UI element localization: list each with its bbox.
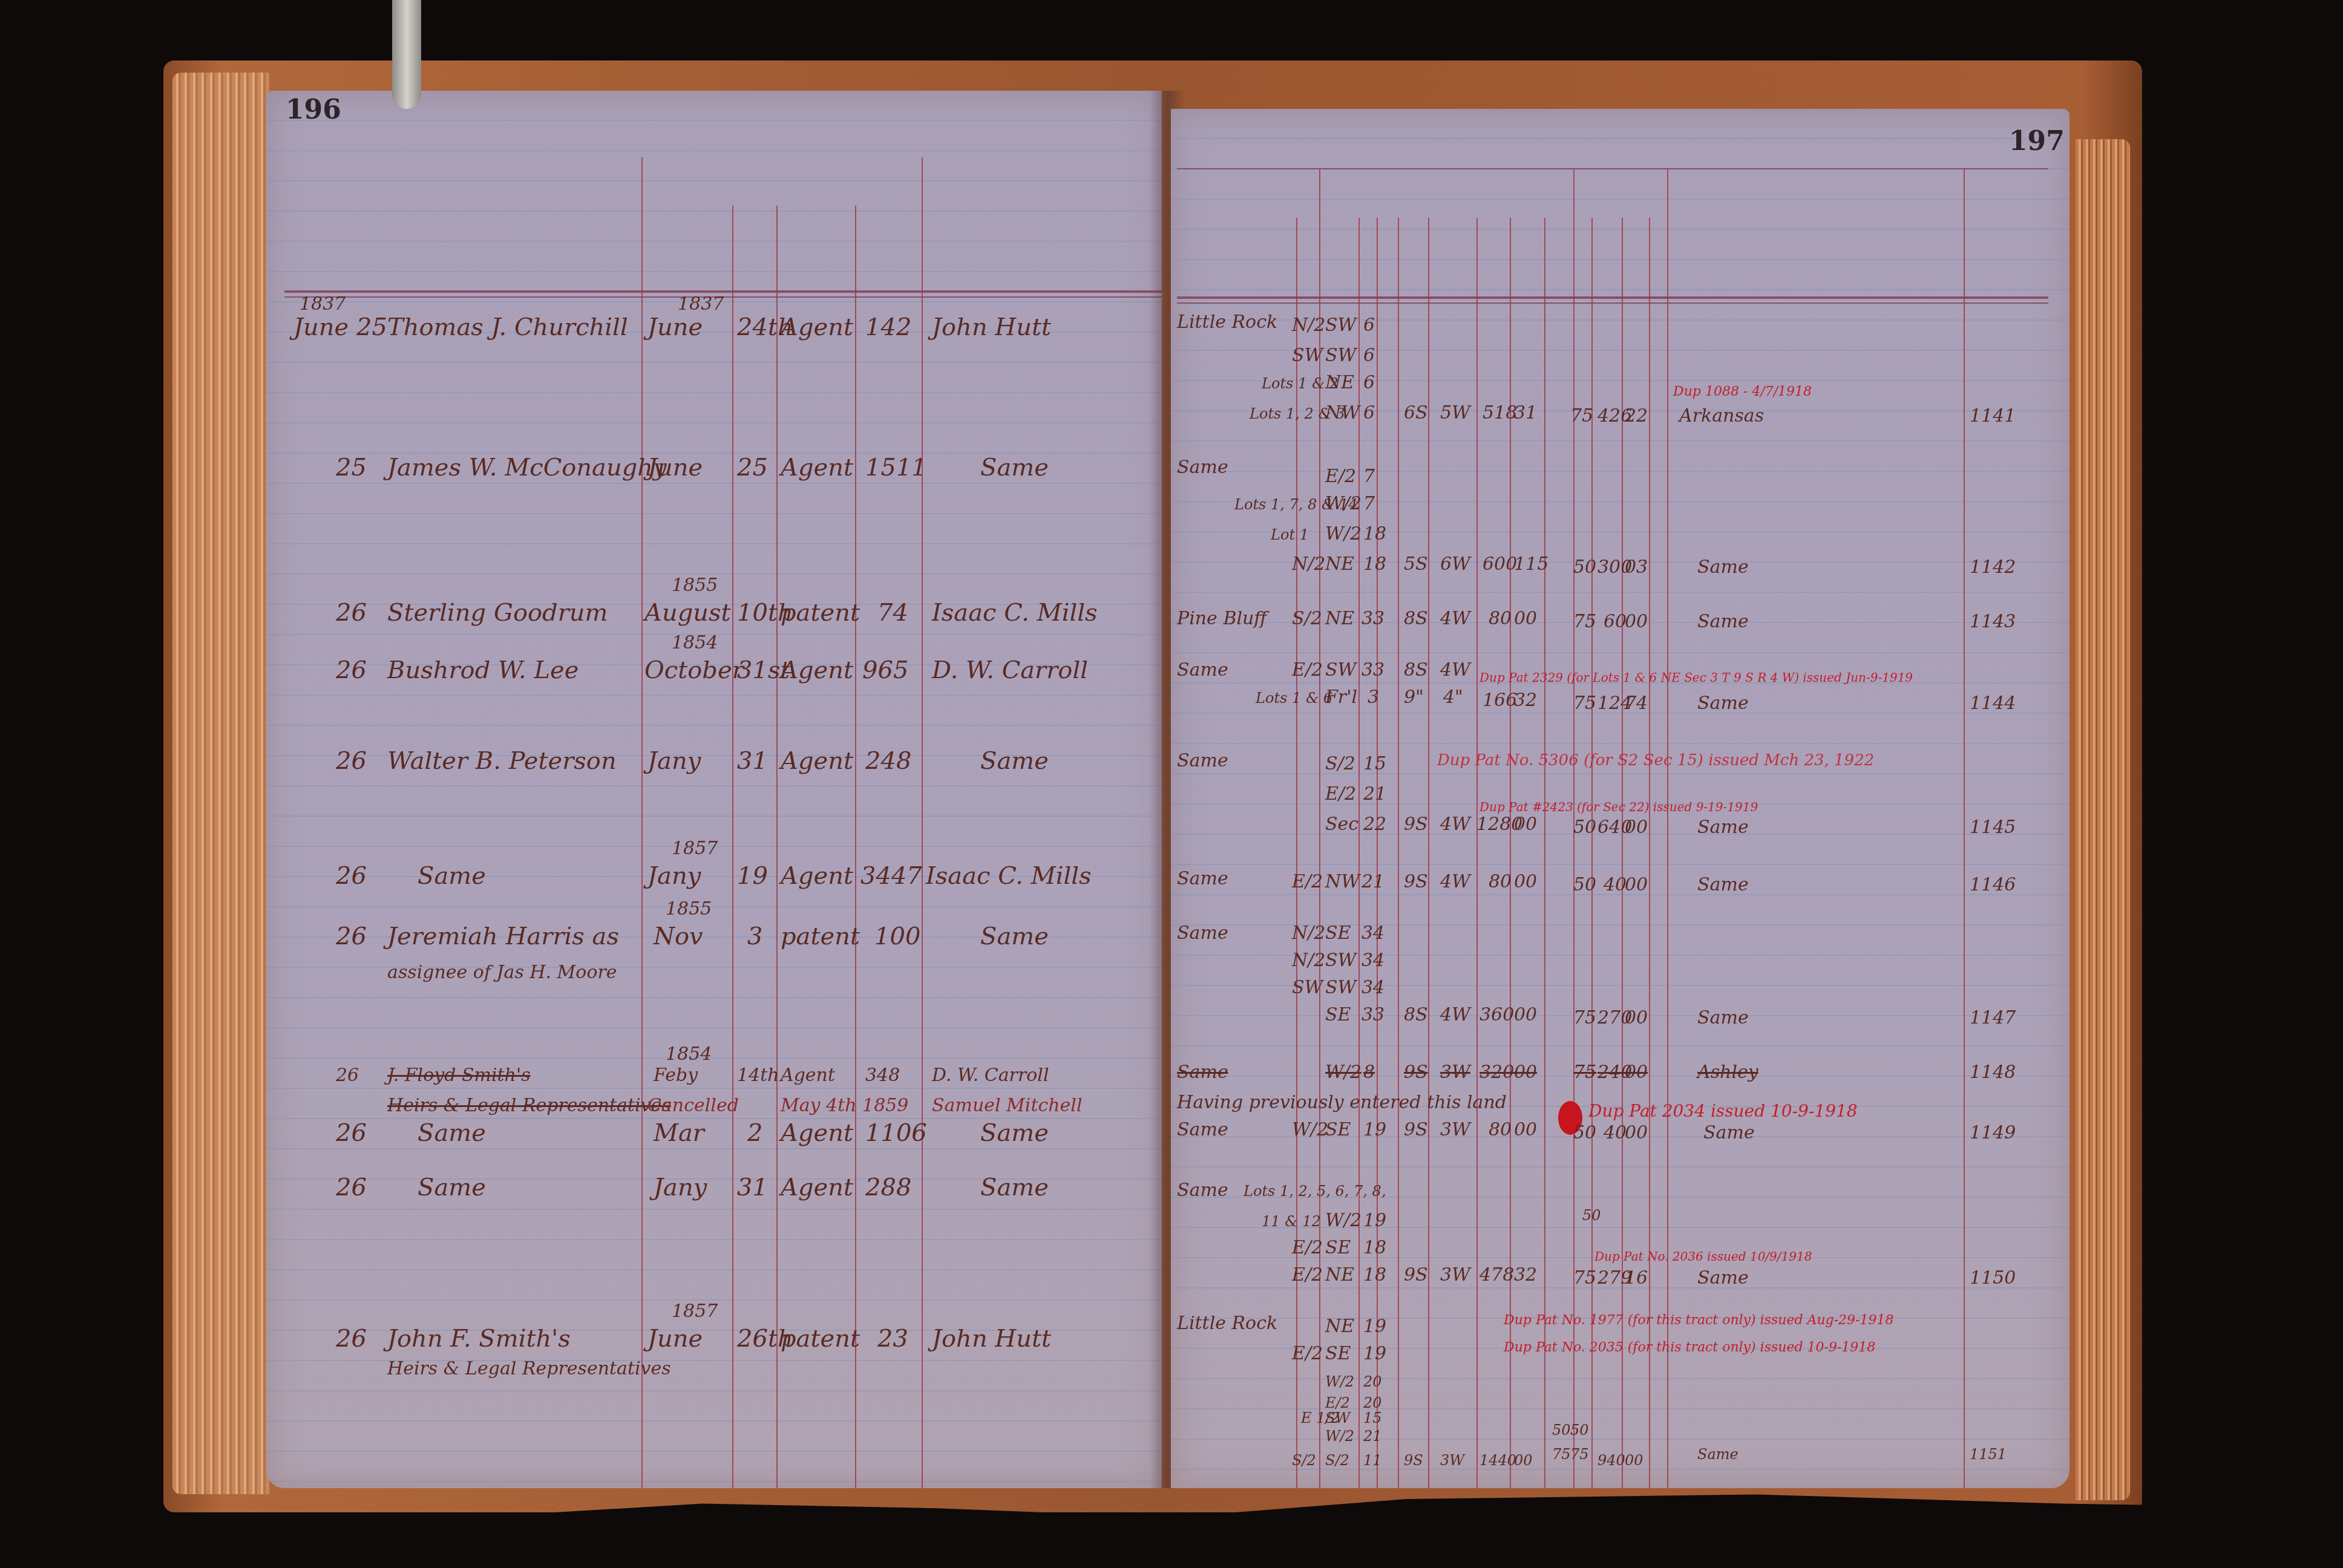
column-divider	[922, 157, 923, 1488]
tract-quarter: NE	[1325, 1316, 1354, 1337]
land-office: Same	[1177, 457, 1228, 478]
officer-name: Same	[980, 923, 1049, 950]
tract-section: 33	[1362, 659, 1384, 681]
officer-name: Same	[980, 1174, 1049, 1201]
entrant-name: Bushrod W. Lee	[387, 656, 578, 684]
land-office: Same	[1177, 868, 1228, 889]
column-divider	[1428, 218, 1429, 1488]
header-rule	[1177, 296, 2048, 299]
warrant-type: patent	[781, 1325, 860, 1353]
tract-quarter: SW	[1325, 977, 1356, 998]
tract-section: 33	[1362, 608, 1384, 629]
officer-name: John Hutt	[932, 313, 1051, 341]
tract-quarter: NE	[1325, 1264, 1354, 1285]
county: Same	[1697, 874, 1749, 895]
duplicate-patent-note: Dup Pat No. 2036 issued 10/9/1918	[1594, 1249, 1812, 1264]
warrant-day: 3	[747, 923, 762, 950]
tract-part: Lots 1, 2, 5, 6, 7, 8,	[1244, 1183, 1386, 1200]
cents: 00	[1625, 1452, 1643, 1469]
cents: 00	[1625, 611, 1648, 632]
certificate-number: 1143	[1970, 611, 2016, 632]
land-office: Same	[1177, 1180, 1228, 1201]
side-rate: 50	[1552, 1422, 1571, 1439]
cents: 00	[1625, 1122, 1648, 1143]
duplicate-patent-note: Dup 1088 - 4/7/1918	[1673, 384, 1812, 399]
amount: 60	[1604, 611, 1627, 632]
warrant-day: 14th	[737, 1065, 779, 1086]
acres-fraction: 32	[1514, 1264, 1537, 1285]
acres-fraction: 31	[1514, 402, 1537, 423]
tract-section: 18	[1363, 523, 1386, 544]
tract-part: E/2	[1292, 1237, 1323, 1258]
warrant-month: August	[644, 599, 731, 627]
tract-quarter: SW	[1325, 315, 1356, 336]
entry-year: 1837	[300, 293, 346, 315]
township: 9"	[1404, 687, 1424, 708]
acres: 320	[1480, 1062, 1514, 1083]
acres: 478	[1480, 1264, 1514, 1285]
entrant-name: Same	[418, 1119, 486, 1147]
column-divider	[1649, 218, 1650, 1488]
county: Same	[1697, 693, 1749, 714]
tract-section: 19	[1363, 1316, 1386, 1337]
amount: 40	[1604, 874, 1627, 895]
acres: 166	[1483, 690, 1517, 711]
column-divider	[1377, 218, 1378, 1488]
acres: 360	[1480, 1004, 1514, 1025]
cancel-by: Samuel Mitchell	[932, 1095, 1083, 1116]
tract-part: N/2	[1292, 554, 1325, 575]
warrant-type: Agent	[781, 1119, 853, 1147]
township: 9S	[1404, 871, 1428, 892]
tract-part: SW	[1292, 977, 1323, 998]
entry-date: 25	[336, 454, 367, 482]
range: 4W	[1440, 608, 1470, 629]
township: 8S	[1404, 1004, 1428, 1025]
land-office: Same	[1177, 1062, 1228, 1083]
column-divider	[641, 157, 643, 1488]
township: 9S	[1404, 1264, 1428, 1285]
rate: 75	[1573, 611, 1596, 632]
tract-part: N/2	[1292, 950, 1325, 971]
tract-part: E/2	[1292, 1264, 1323, 1285]
tract-section: 8	[1363, 1062, 1375, 1083]
land-office: Same	[1177, 923, 1228, 944]
land-office: Little Rock	[1177, 312, 1277, 333]
tract-quarter: W/2	[1325, 1428, 1354, 1445]
certificate-number: 1150	[1970, 1267, 2016, 1289]
tract-section: 21	[1363, 1428, 1382, 1445]
tract-quarter: Fr'l	[1325, 687, 1357, 708]
header-rule	[284, 290, 1162, 293]
entrant-name-line2: assignee of Jas H. Moore	[387, 962, 617, 983]
tract-section: 19	[1363, 1210, 1386, 1231]
tract-part: S/2	[1292, 608, 1322, 629]
acres-fraction: 115	[1514, 554, 1548, 575]
entry-date: 26	[336, 862, 367, 890]
tract-section: 34	[1362, 977, 1384, 998]
tract-section: 21	[1362, 871, 1384, 892]
tract-section: 6	[1363, 315, 1375, 336]
officer-name: Isaac C. Mills	[926, 862, 1092, 890]
tract-section: 11	[1363, 1452, 1382, 1469]
county: Same	[1703, 1122, 1755, 1143]
county: Arkansas	[1679, 405, 1764, 426]
warrant-day: 31	[737, 1174, 768, 1201]
tract-section: 33	[1362, 1004, 1384, 1025]
tract-section: 19	[1363, 1119, 1386, 1140]
rate: 75	[1570, 405, 1593, 426]
township: 8S	[1404, 608, 1428, 629]
tract-part: N/2	[1292, 923, 1325, 944]
acres: 80	[1489, 608, 1512, 629]
entrant-name: Walter B. Peterson	[387, 747, 617, 775]
warrant-number: 1511	[865, 454, 927, 482]
certificate-number: 1149	[1970, 1122, 2016, 1143]
warrant-type: Agent	[781, 656, 853, 684]
tract-part: Lot 1	[1271, 526, 1309, 543]
warrant-type: Agent	[781, 747, 853, 775]
warrant-day: 2	[747, 1119, 762, 1147]
entry-date: 26	[336, 1174, 367, 1201]
certificate-number: 1148	[1970, 1062, 2016, 1083]
rate: 50	[1573, 817, 1596, 838]
county: Same	[1697, 817, 1749, 838]
tract-quarter: W/2	[1325, 1373, 1354, 1390]
warrant-day: 19	[737, 862, 768, 890]
range: 3W	[1440, 1264, 1470, 1285]
range: 3W	[1440, 1452, 1464, 1469]
cancel-date: May 4th 1859	[781, 1095, 908, 1116]
entrant-name: John F. Smith's	[387, 1325, 571, 1353]
officer-name: Same	[980, 454, 1049, 482]
tract-quarter: SW	[1325, 950, 1356, 971]
township: 9S	[1404, 1452, 1423, 1469]
tract-quarter: NE	[1325, 372, 1354, 393]
rate: 75	[1573, 693, 1596, 714]
certificate-number: 1144	[1970, 693, 2016, 714]
warrant-month: Feby	[654, 1065, 698, 1086]
township: 6S	[1404, 402, 1428, 423]
rate: 50	[1573, 557, 1596, 578]
tract-part: S/2	[1292, 1452, 1316, 1469]
entry-date: 26	[336, 1119, 367, 1147]
tract-section: 34	[1362, 923, 1384, 944]
duplicate-patent-note: Dup Pat No. 2035 (for this tract only) i…	[1504, 1340, 1875, 1355]
rate: 75	[1573, 1062, 1596, 1083]
range: 4W	[1440, 871, 1470, 892]
officer-name: D. W. Carroll	[932, 656, 1088, 684]
tract-quarter: SE	[1325, 923, 1351, 944]
range: 4W	[1440, 1004, 1470, 1025]
warrant-month: June	[647, 1325, 703, 1353]
warrant-number: 100	[874, 923, 920, 950]
warrant-type: Agent	[781, 1065, 835, 1086]
land-office: Same	[1177, 1119, 1228, 1140]
warrant-day: 31	[737, 747, 768, 775]
certificate-number: 1145	[1970, 817, 2016, 838]
acres-fraction: 00	[1514, 608, 1537, 629]
column-divider	[776, 206, 778, 1488]
warrant-year: 1854	[666, 1044, 712, 1065]
amount: 940	[1597, 1452, 1625, 1469]
county: Ashley	[1697, 1062, 1758, 1083]
acres: 1440	[1480, 1452, 1516, 1469]
acres-fraction: 00	[1514, 1452, 1533, 1469]
tract-section: 20	[1363, 1394, 1382, 1411]
township: 9S	[1404, 1119, 1428, 1140]
entrant-name: Same	[418, 1174, 486, 1201]
acres: 600	[1483, 554, 1517, 575]
acres-fraction: 00	[1514, 814, 1537, 835]
tract-part: E/2	[1292, 871, 1323, 892]
duplicate-patent-note: Dup Pat No. 1977 (for this tract only) i…	[1504, 1313, 1894, 1328]
column-divider	[732, 206, 733, 1488]
entrant-name: Jeremiah Harris as	[387, 923, 619, 950]
land-office: Pine Bluff	[1177, 608, 1267, 629]
cents: 16	[1625, 1267, 1648, 1289]
county: Same	[1697, 1446, 1738, 1463]
cancellation-note: Having previously entered this land	[1177, 1092, 1507, 1113]
tract-quarter: SE	[1325, 1004, 1351, 1025]
acres-fraction: 00	[1514, 1119, 1537, 1140]
tract-quarter: W/2	[1325, 1062, 1362, 1083]
page-edges-left	[172, 73, 269, 1494]
warrant-month: October	[644, 656, 744, 684]
left-page: 196 1837 June 25 Thomas J. Churchill 183…	[266, 91, 1162, 1488]
tract-section: 6	[1363, 345, 1375, 366]
acres: 518	[1483, 402, 1517, 423]
right-page: 197 Little Rock N/2 SW 6 SW SW 6 Lots 1 …	[1171, 109, 2069, 1488]
officer-name: Same	[980, 1119, 1049, 1147]
officer-name: John Hutt	[932, 1325, 1051, 1353]
column-divider	[1398, 218, 1399, 1488]
township: 9S	[1404, 1062, 1428, 1083]
cents: 03	[1625, 557, 1648, 578]
tract-section: 15	[1363, 1410, 1382, 1426]
tract-section: 21	[1363, 783, 1386, 805]
tract-quarter: E/2	[1325, 783, 1356, 805]
tract-quarter: E/2	[1325, 1394, 1350, 1411]
tract-section: 19	[1363, 1343, 1386, 1364]
tract-quarter: NE	[1325, 554, 1354, 575]
entrant-name: Same	[418, 862, 486, 890]
cents: 74	[1625, 693, 1648, 714]
county: Same	[1697, 1007, 1749, 1028]
tract-section: 18	[1363, 1264, 1386, 1285]
certificate-number: 1151	[1970, 1446, 2007, 1463]
tract-section: 3	[1368, 687, 1379, 708]
officer-name: Same	[980, 747, 1049, 775]
entrant-name: Sterling Goodrum	[387, 599, 608, 627]
tract-section: 34	[1362, 950, 1384, 971]
cents: 00	[1625, 1007, 1648, 1028]
certificate-number: 1141	[1970, 405, 2016, 426]
warrant-year: 1855	[672, 575, 718, 596]
tract-quarter: NW	[1325, 871, 1360, 892]
warrant-year: 1855	[666, 898, 712, 920]
tract-part: SW	[1292, 345, 1323, 366]
warrant-type: Agent	[781, 313, 853, 341]
column-divider	[1667, 169, 1668, 1488]
warrant-month: June	[647, 454, 703, 482]
entrant-name: Thomas J. Churchill	[387, 313, 628, 341]
range: 4W	[1440, 659, 1470, 681]
entry-date: 26	[336, 1065, 359, 1086]
acres: 80	[1489, 871, 1512, 892]
tract-quarter: SE	[1325, 1343, 1351, 1364]
tract-part: 11 & 12	[1262, 1213, 1321, 1230]
warrant-month: Jany	[654, 1174, 707, 1201]
entry-date: 26	[336, 599, 367, 627]
tract-quarter: NE	[1325, 608, 1354, 629]
header-rule-2	[1177, 302, 2048, 304]
entry-date: 26	[336, 747, 367, 775]
warrant-year: 1854	[672, 632, 718, 653]
tract-quarter: SW	[1325, 1410, 1350, 1426]
left-page-number: 196	[286, 94, 341, 125]
range: 4W	[1440, 814, 1470, 835]
side-rate: 50	[1570, 1422, 1589, 1439]
amount: 40	[1604, 1122, 1627, 1143]
side-rate: 75	[1552, 1446, 1571, 1463]
entrant-name: James W. McConaughy	[387, 454, 667, 482]
certificate-number: 1142	[1970, 557, 2016, 578]
acres-fraction: 00	[1514, 871, 1537, 892]
tract-part: E/2	[1292, 1343, 1323, 1364]
acres-fraction: 00	[1514, 1062, 1537, 1083]
tract-part: Lots 1 & 6	[1256, 690, 1332, 707]
tract-section: 6	[1363, 402, 1375, 423]
tract-quarter: SE	[1325, 1119, 1351, 1140]
officer-name: Isaac C. Mills	[932, 599, 1098, 627]
warrant-number: 23	[877, 1325, 908, 1353]
certificate-number: 1146	[1970, 874, 2016, 895]
rate: 75	[1573, 1007, 1596, 1028]
township: 5S	[1404, 554, 1428, 575]
range: 3W	[1440, 1062, 1470, 1083]
entry-date: 26	[336, 656, 367, 684]
column-divider	[1476, 218, 1478, 1488]
warrant-number: 248	[865, 747, 911, 775]
warrant-year: 1857	[672, 838, 718, 859]
entry-date: June 25	[293, 313, 387, 341]
column-divider	[1319, 169, 1320, 1488]
acres-fraction: 00	[1514, 1004, 1537, 1025]
township: 8S	[1404, 659, 1428, 681]
warrant-month: Jany	[647, 862, 701, 890]
warrant-type: Agent	[781, 862, 853, 890]
warrant-number: 288	[865, 1174, 911, 1201]
county: Same	[1697, 611, 1749, 632]
rate: 50	[1573, 874, 1596, 895]
tract-section: 6	[1363, 372, 1375, 393]
warrant-number: 965	[862, 656, 908, 684]
township: 9S	[1404, 814, 1428, 835]
warrant-type: Agent	[781, 1174, 853, 1201]
acres: 80	[1489, 1119, 1512, 1140]
entrant-name-line2: Heirs & Legal Representatives	[387, 1358, 671, 1379]
duplicate-patent-note: Dup Pat No. 5306 (for S2 Sec 15) issued …	[1437, 751, 1874, 769]
duplicate-patent-note: Dup Pat 2034 issued 10-9-1918	[1588, 1101, 1858, 1121]
cents: 22	[1625, 405, 1648, 426]
county: Same	[1697, 1267, 1749, 1289]
tract-part: W/2	[1292, 1119, 1328, 1140]
tract-quarter: S/2	[1325, 1452, 1349, 1469]
rate: 50	[1573, 1122, 1596, 1143]
warrant-number: 3447	[860, 862, 922, 890]
tract-section: 22	[1363, 814, 1386, 835]
land-office: Little Rock	[1177, 1313, 1277, 1334]
column-divider	[855, 206, 856, 1488]
cents: 00	[1625, 1062, 1648, 1083]
tract-section: 15	[1363, 753, 1386, 774]
tract-section: 20	[1363, 1373, 1382, 1390]
range: 6W	[1440, 554, 1470, 575]
land-office: Same	[1177, 750, 1228, 771]
entry-date: 26	[336, 923, 367, 950]
side-rate: 50	[1582, 1207, 1601, 1224]
warrant-month: Nov	[654, 923, 703, 950]
side-rate: 75	[1570, 1446, 1589, 1463]
warrant-type: Agent	[781, 454, 853, 482]
tract-section: 7	[1363, 466, 1375, 487]
warrant-month: Jany	[647, 747, 701, 775]
entry-date: 26	[336, 1325, 367, 1353]
warrant-day: 25	[737, 454, 768, 482]
certificate-number: 1147	[1970, 1007, 2016, 1028]
column-divider	[1544, 218, 1545, 1488]
warrant-year: 1837	[678, 293, 724, 315]
cents: 00	[1625, 874, 1648, 895]
metal-bookmark-clip	[392, 0, 421, 109]
duplicate-patent-note: Dup Pat 2329 (for Lots 1 & 6 NE Sec 3 T …	[1480, 670, 1913, 685]
land-office: Same	[1177, 659, 1228, 681]
tract-quarter: SW	[1325, 659, 1356, 681]
cancel-note: Cancelled	[647, 1095, 739, 1116]
officer-name: D. W. Carroll	[932, 1065, 1049, 1086]
entrant-name-line2: Heirs & Legal Representatives	[387, 1095, 671, 1116]
tract-part: N/2	[1292, 315, 1325, 336]
duplicate-patent-note: Dup Pat #2423 (for Sec 22) issued 9-19-1…	[1480, 800, 1758, 814]
tract-quarter: SW	[1325, 345, 1356, 366]
column-divider	[1964, 169, 1965, 1488]
warrant-type: patent	[781, 923, 860, 950]
page-edges-right	[2076, 139, 2130, 1500]
tract-quarter: SE	[1325, 1237, 1351, 1258]
warrant-number: 74	[877, 599, 908, 627]
rate: 75	[1573, 1267, 1596, 1289]
warrant-month: Mar	[654, 1119, 704, 1147]
tract-section: 18	[1363, 1237, 1386, 1258]
range: 4"	[1443, 687, 1463, 708]
range: 3W	[1440, 1119, 1470, 1140]
warrant-type: patent	[781, 599, 860, 627]
tract-quarter: W/2	[1325, 523, 1362, 544]
tract-part: E/2	[1292, 659, 1323, 681]
warrant-number: 348	[865, 1065, 900, 1086]
range: 5W	[1440, 402, 1470, 423]
entrant-name: J. Floyd Smith's	[387, 1065, 531, 1086]
cents: 00	[1625, 817, 1648, 838]
warrant-year: 1857	[672, 1301, 718, 1322]
tract-quarter: W/2	[1325, 1210, 1362, 1231]
tract-section: 18	[1363, 554, 1386, 575]
tract-quarter: NW	[1325, 402, 1360, 423]
tract-section: 7	[1363, 493, 1375, 514]
tract-quarter: Sec	[1325, 814, 1358, 835]
right-page-number: 197	[2009, 126, 2065, 157]
